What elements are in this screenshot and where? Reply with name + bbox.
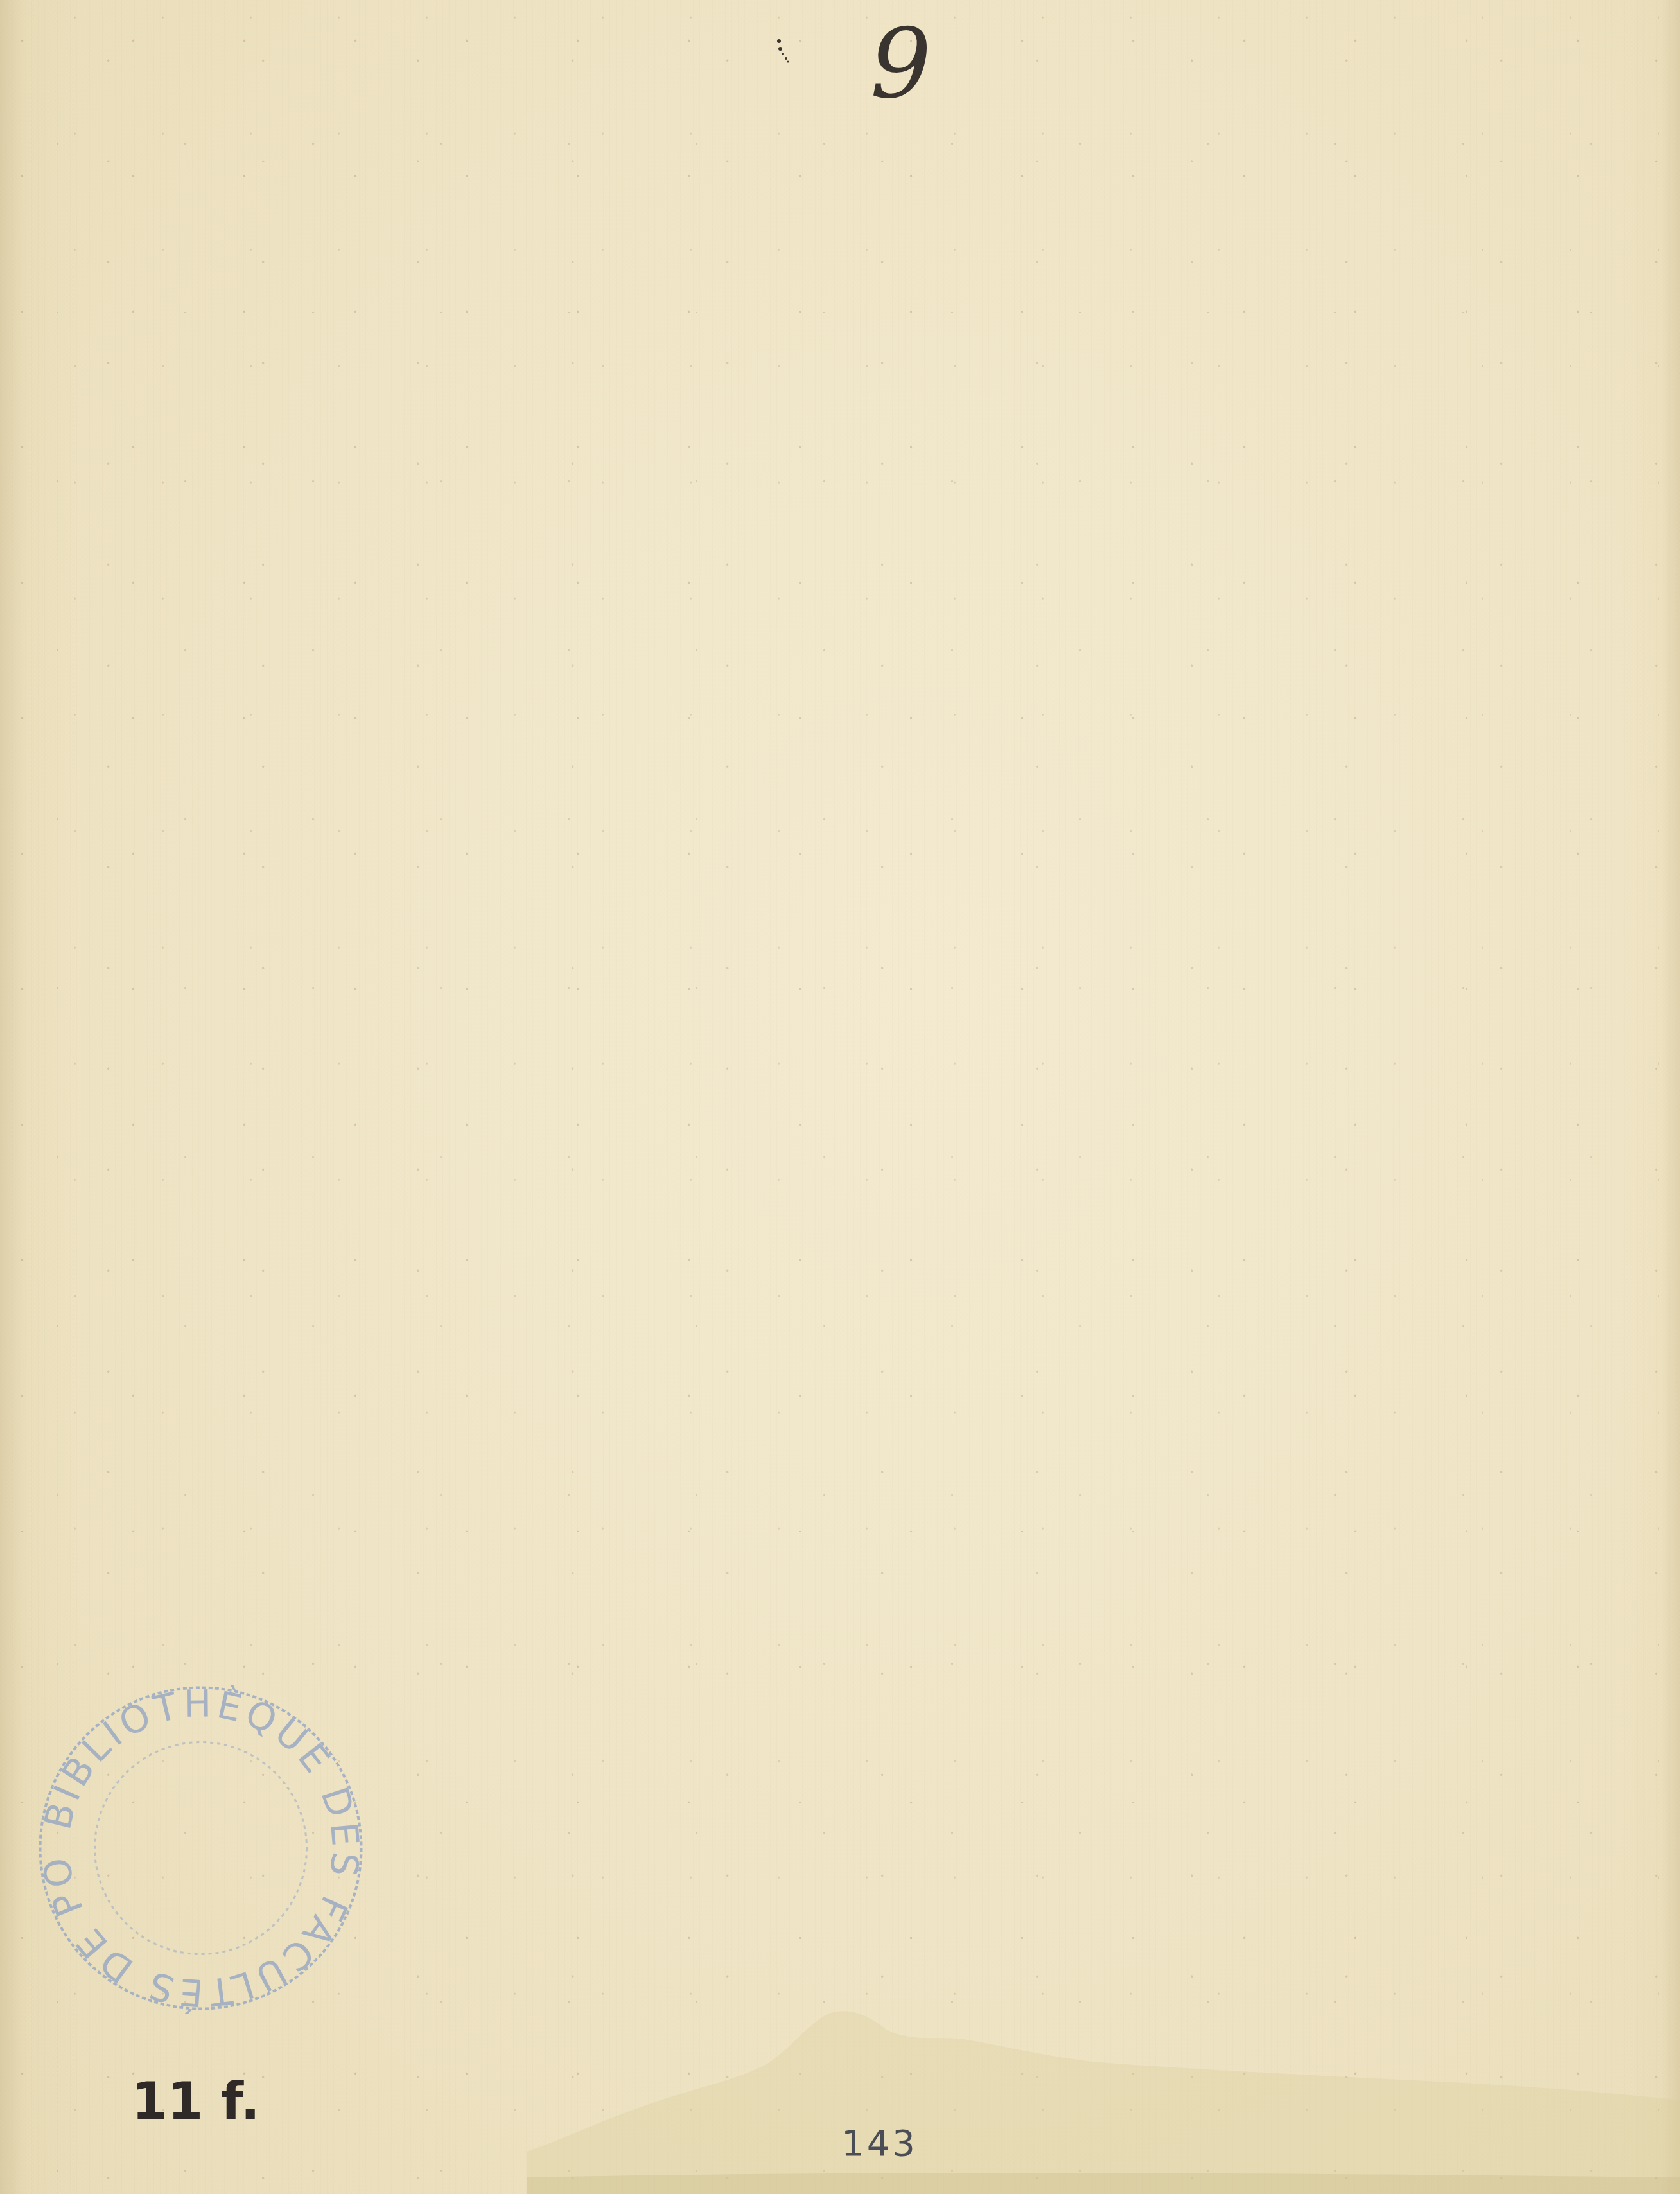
- folio-number: 9: [870, 16, 931, 112]
- stamp-text: BIBLIOTHÈQUE DES FACULTÉS DE POITIERS: [32, 1680, 367, 2015]
- water-stain: [527, 1985, 1680, 2194]
- shelfmark-number: 143: [841, 2123, 918, 2164]
- ink-dots-mark: [774, 37, 793, 69]
- bleed-through-text: [244, 96, 1625, 212]
- document-page: 9 BIBLIOTHÈQUE DES FACULTÉS DE POITIERS …: [0, 0, 1680, 2194]
- library-stamp: BIBLIOTHÈQUE DES FACULTÉS DE POITIERS: [32, 1680, 369, 2017]
- svg-text:BIBLIOTHÈQUE DES FACULTÉS DE P: BIBLIOTHÈQUE DES FACULTÉS DE POITIERS: [32, 1680, 367, 2015]
- foliation-note: 11 f.: [132, 2071, 260, 2131]
